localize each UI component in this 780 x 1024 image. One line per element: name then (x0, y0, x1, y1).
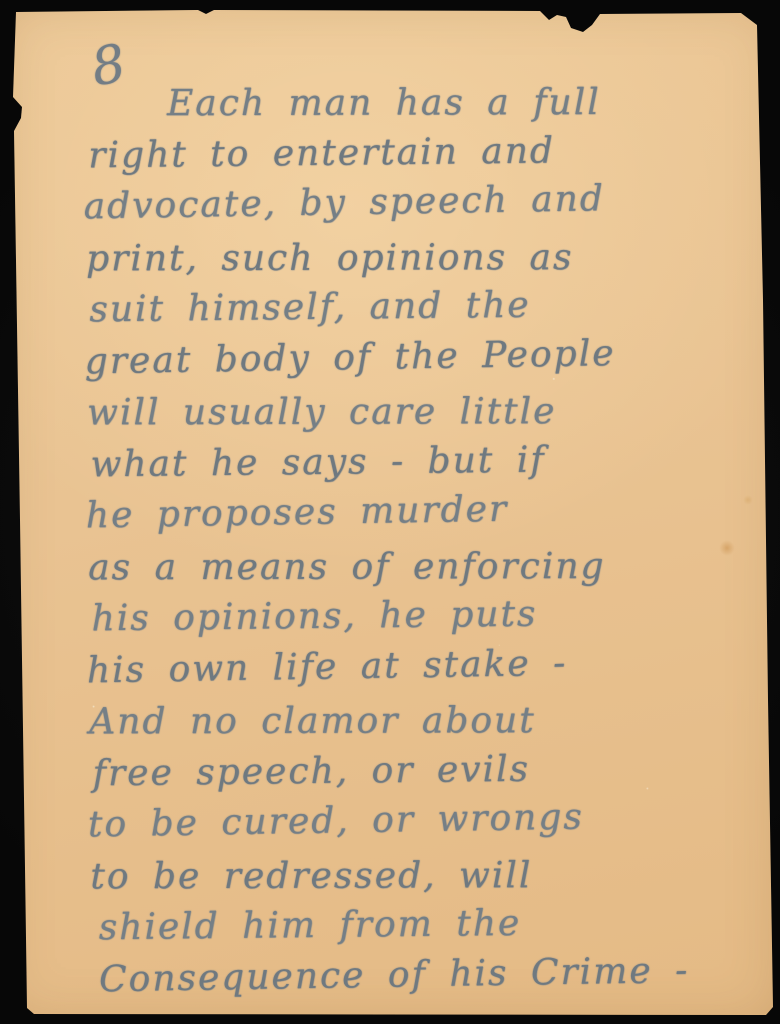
manuscript-line: as a means of enforcing (88, 540, 760, 593)
handwritten-text: Each man has a fullright to entertain an… (85, 74, 763, 1006)
manuscript-line: print, such opinions as (86, 231, 758, 284)
manuscript-line: Consequence of his Crime - (99, 943, 764, 1005)
manuscript-line: great body of the People (84, 325, 759, 387)
photo-background: 8 Each man has a fullright to entertain … (0, 0, 780, 1024)
manuscript-line: Each man has a full (85, 77, 757, 130)
manuscript-line: to be cured, or wrongs (88, 789, 763, 851)
manuscript-line: will usually care little (87, 386, 759, 439)
manuscript-line: his own life at stake - (87, 634, 762, 696)
manuscript-line: he proposes murder (85, 480, 760, 542)
manuscript-line: And no clamor about (89, 695, 761, 748)
manuscript-line: advocate, by speech and (83, 171, 758, 233)
manuscript-page: 8 Each man has a fullright to entertain … (0, 0, 780, 1024)
manuscript-line: to be redressed, will (90, 849, 762, 902)
